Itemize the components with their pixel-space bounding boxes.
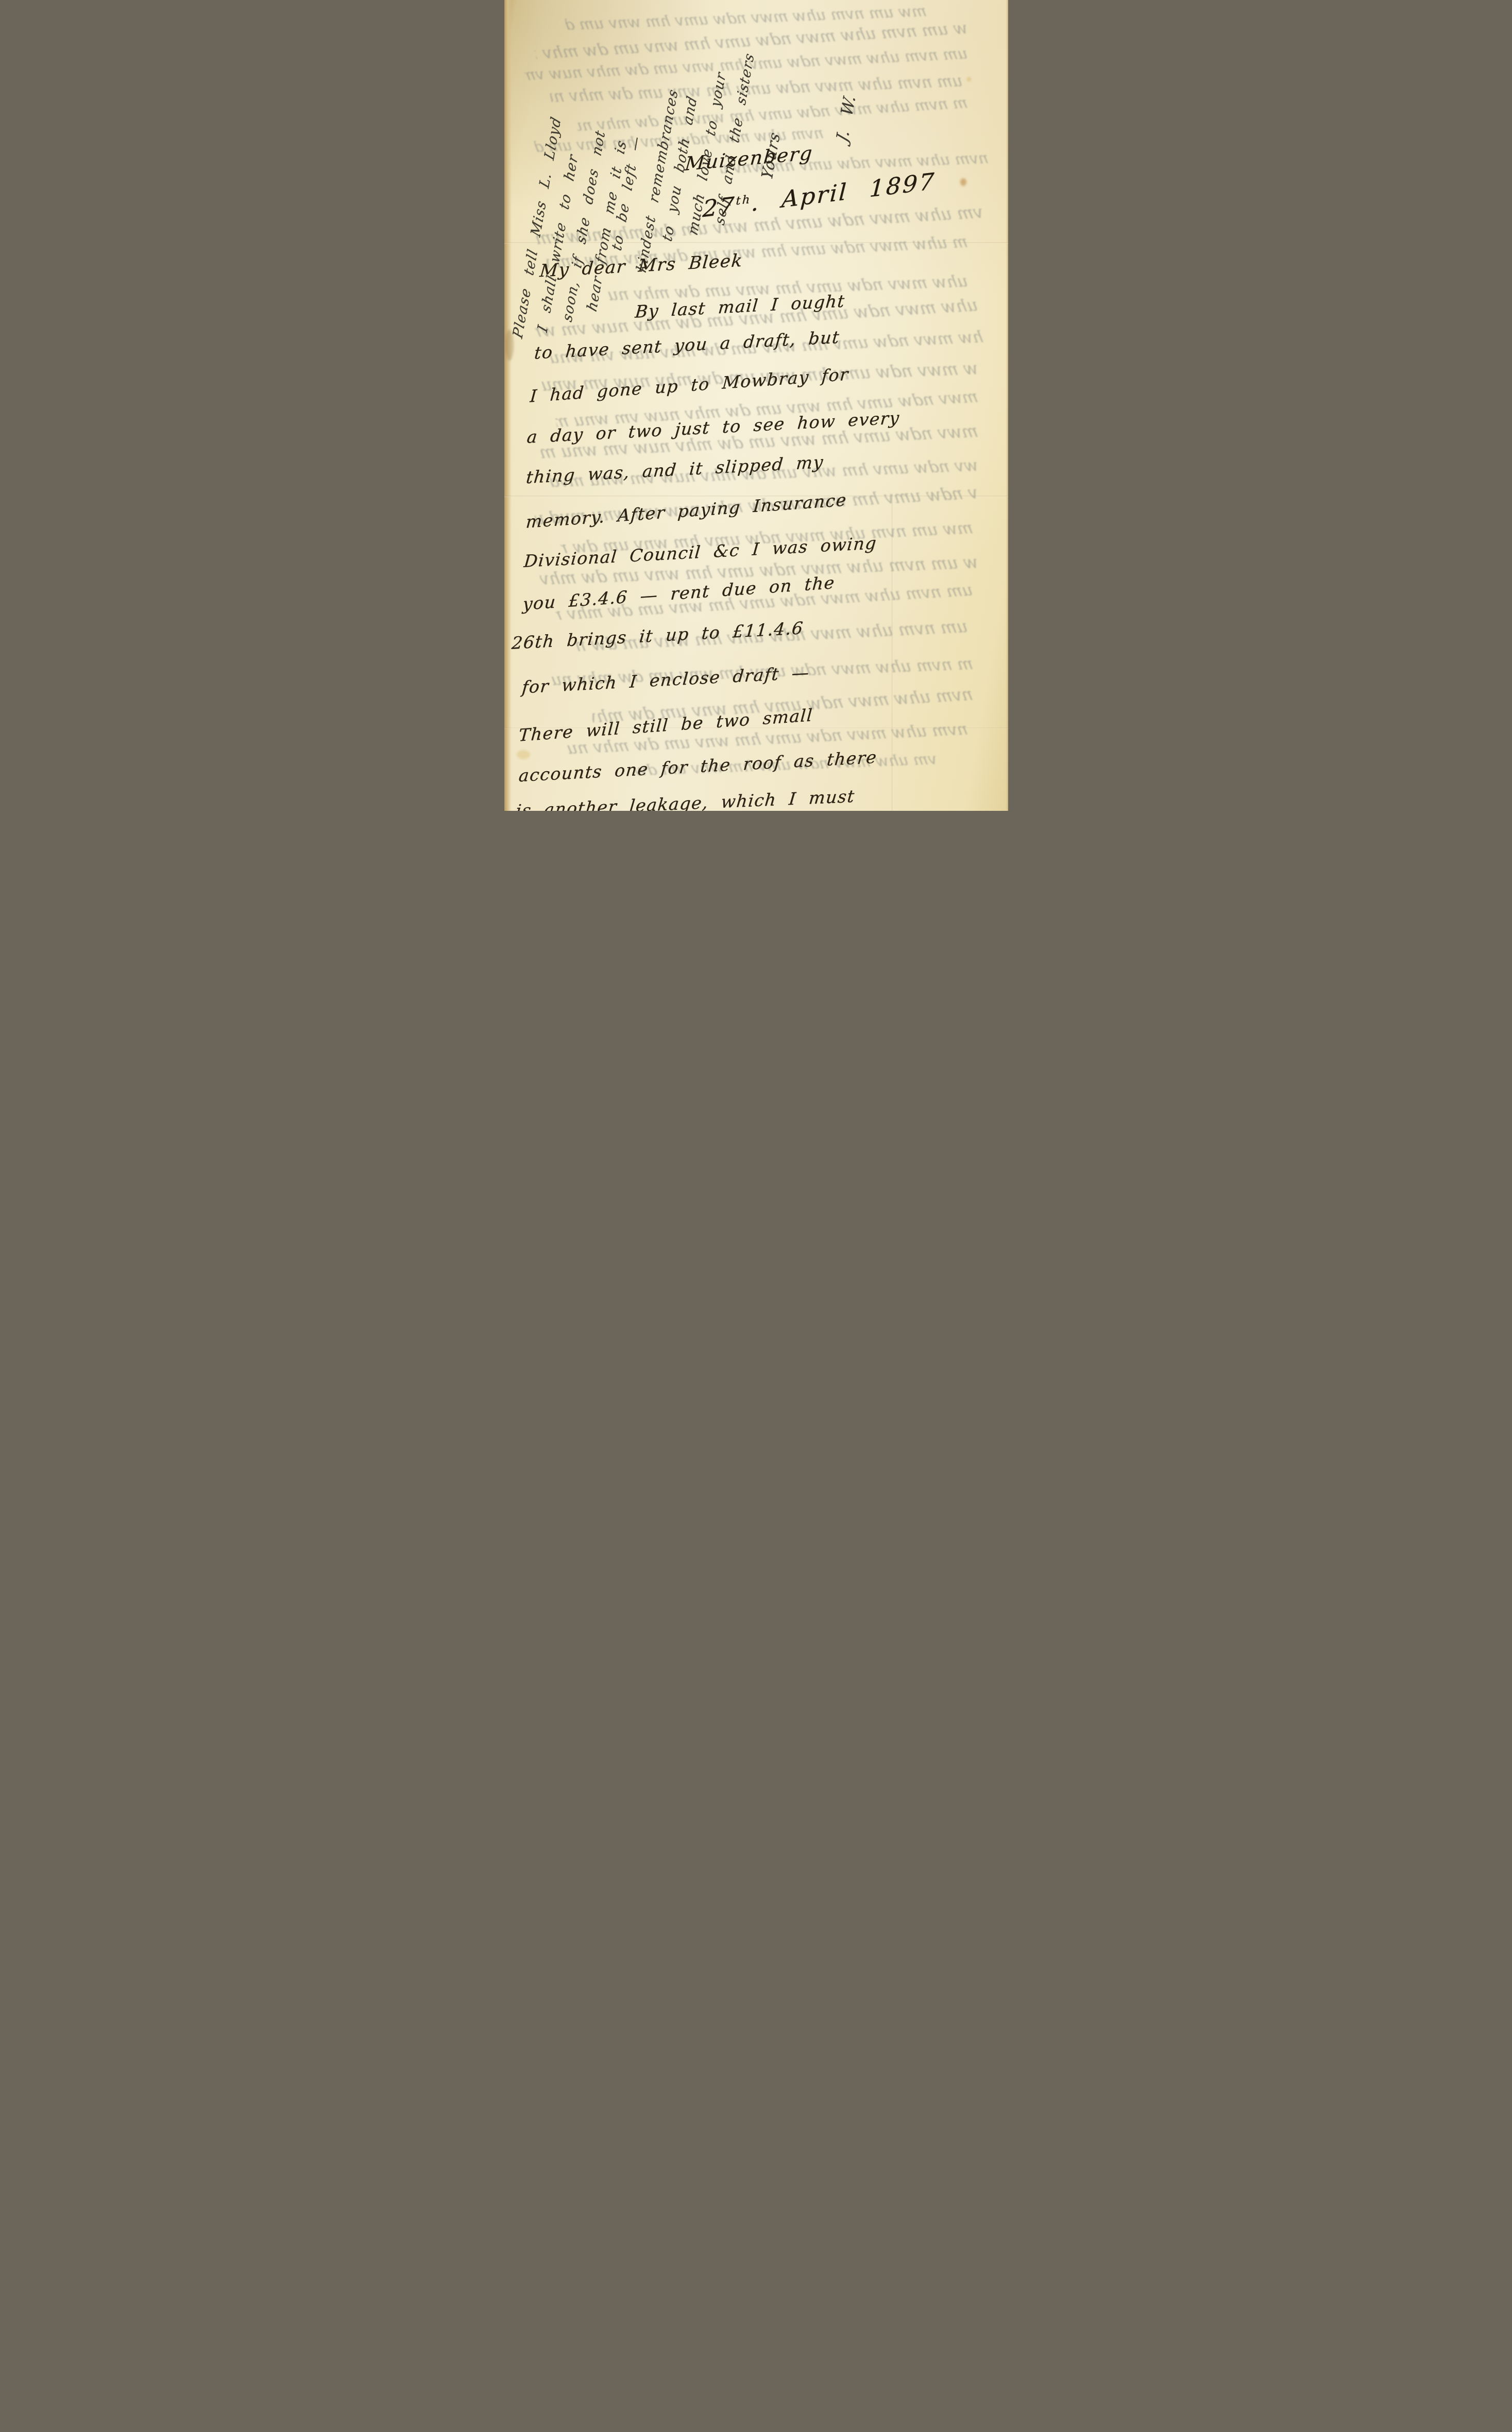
heading-date-rest: . April 1897	[750, 167, 936, 217]
letter-line: for which I enclose draft —	[521, 662, 810, 698]
heading-date-day: 27	[702, 192, 736, 223]
paper-right-edge	[1006, 0, 1008, 811]
bleedthrough-line: um nvm uhw mwv ndw umv hm wnv um dw mhv …	[549, 72, 964, 109]
letter-line: accounts one for the roof as there	[518, 747, 878, 786]
stain	[960, 178, 966, 186]
stain	[517, 750, 530, 759]
letter-line: you £3.4.6 — rent due on the	[522, 572, 836, 614]
letter-line: I had gone up to Mowbray for	[529, 364, 850, 406]
letter-line: By last mail I ought	[634, 291, 846, 321]
letter-line: to have sent you a draft, but	[533, 327, 840, 363]
letter-line: Divisional Council &c I was owing	[523, 533, 878, 571]
paper-binding-edge	[504, 0, 512, 811]
letter-line: is another leakage, which I must	[515, 786, 856, 811]
heading-date: 27th. April 1897	[702, 167, 936, 223]
letter-line: thing was, and it slipped my	[525, 452, 824, 487]
letter-scan-page: mw um nvm uhw mwv ndw umv hm wnv um dw m…	[504, 0, 1008, 811]
letter-line: a day or two just to see how every	[526, 407, 901, 447]
letter-line: There will still be two small	[518, 705, 813, 745]
vertical-fold-crease	[892, 495, 893, 811]
bleedthrough-line: mw um nvm uhw mwv ndw umv hm wnv um dw m…	[564, 3, 928, 38]
stain	[967, 77, 971, 81]
heading-date-ordinal: th	[735, 193, 751, 208]
margin-note-signature: J. W.	[832, 91, 859, 144]
letter-line: 26th brings it up to £11.4.6	[511, 618, 804, 653]
